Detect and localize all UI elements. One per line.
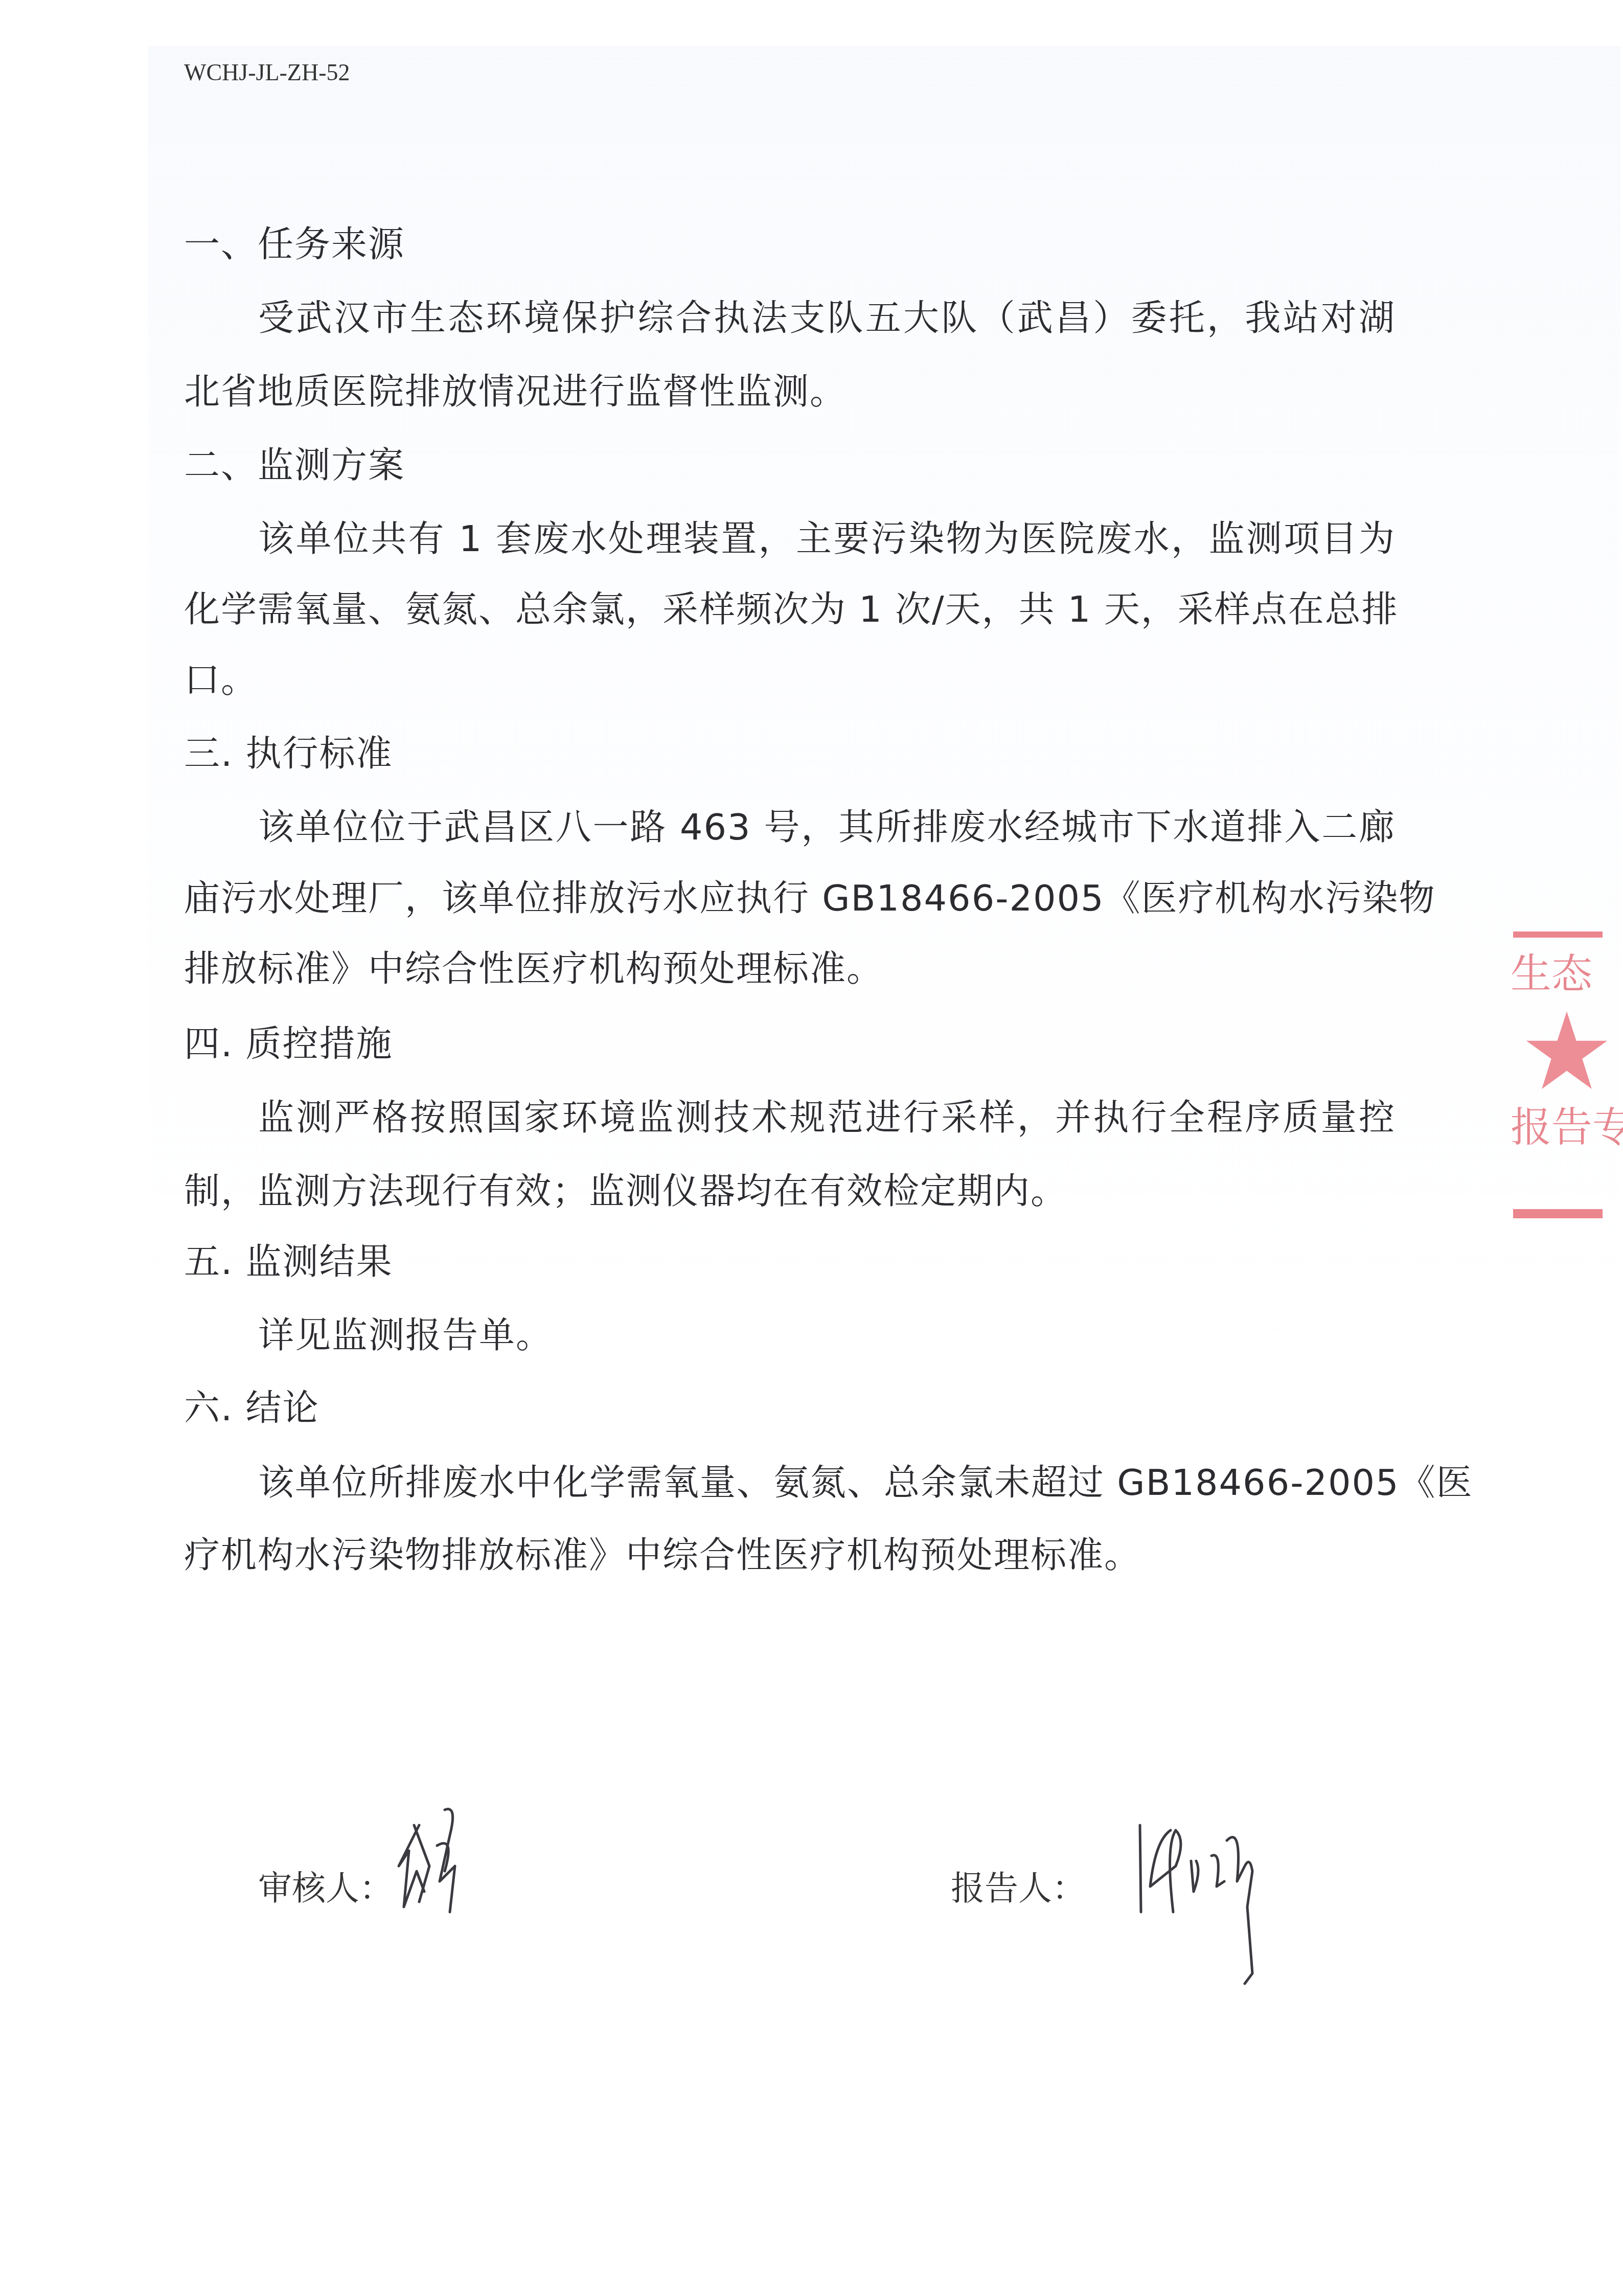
paragraph-line: 该单位共有 1 套废水处理装置，主要污染物为医院废水，监测项目为 — [258, 518, 1396, 559]
star-icon — [1518, 1010, 1615, 1092]
seal-border-bottom — [1513, 1209, 1603, 1218]
paragraph-line: 制，监测方法现行有效；监测仪器均在有效检定期内。 — [184, 1171, 1067, 1212]
paragraph-line: 该单位位于武昌区八一路 463 号，其所排废水经城市下水道排入二廊 — [258, 807, 1396, 848]
reporter-label: 报告人： — [951, 1861, 1086, 1909]
paragraph-line: 该单位所排废水中化学需氧量、氨氮、总余氯未超过 GB18466-2005《医 — [258, 1462, 1396, 1503]
paragraph-line: 口。 — [184, 660, 258, 700]
paragraph-line: 化学需氧量、氨氮、总余氯，采样频次为 1 次/天，共 1 天，采样点在总排 — [184, 589, 1396, 630]
document-code: WCHJ-JL-ZH-52 — [184, 59, 350, 86]
paragraph-line: 北省地质医院排放情况进行监督性监测。 — [184, 371, 847, 412]
official-seal: 生态 报告专 — [1505, 920, 1623, 1237]
paragraph-line: 疗机构水污染物排放标准》中综合性医疗机构预处理标准。 — [184, 1535, 1141, 1576]
paragraph-line: 详见监测报告单。 — [258, 1315, 553, 1356]
paragraph-line: 排放标准》中综合性医疗机构预处理标准。 — [184, 948, 883, 989]
section-heading-monitoring-plan: 二、监测方案 — [184, 445, 405, 486]
section-heading-standards: 三. 执行标准 — [184, 733, 393, 774]
paragraph-line: 受武汉市生态环境保护综合执法支队五大队（武昌）委托，我站对湖 — [258, 298, 1396, 338]
section-heading-quality-control: 四. 质控措施 — [184, 1024, 393, 1064]
reporter-signature — [1135, 1810, 1339, 1994]
seal-border-top — [1513, 931, 1603, 938]
seal-text-top: 生态 — [1511, 941, 1592, 999]
paragraph-line: 庙污水处理厂，该单位排放污水应执行 GB18466-2005《医疗机构水污染物 — [184, 878, 1396, 919]
section-heading-conclusion: 六. 结论 — [184, 1388, 319, 1428]
section-heading-task-source: 一、任务来源 — [184, 224, 405, 265]
paragraph-line: 监测严格按照国家环境监测技术规范进行采样，并执行全程序质量控 — [258, 1097, 1396, 1138]
seal-text-bottom: 报告专 — [1511, 1094, 1623, 1153]
reviewer-signature — [388, 1805, 521, 1922]
reviewer-label: 审核人： — [258, 1861, 393, 1909]
section-heading-results: 五. 监测结果 — [184, 1241, 393, 1282]
